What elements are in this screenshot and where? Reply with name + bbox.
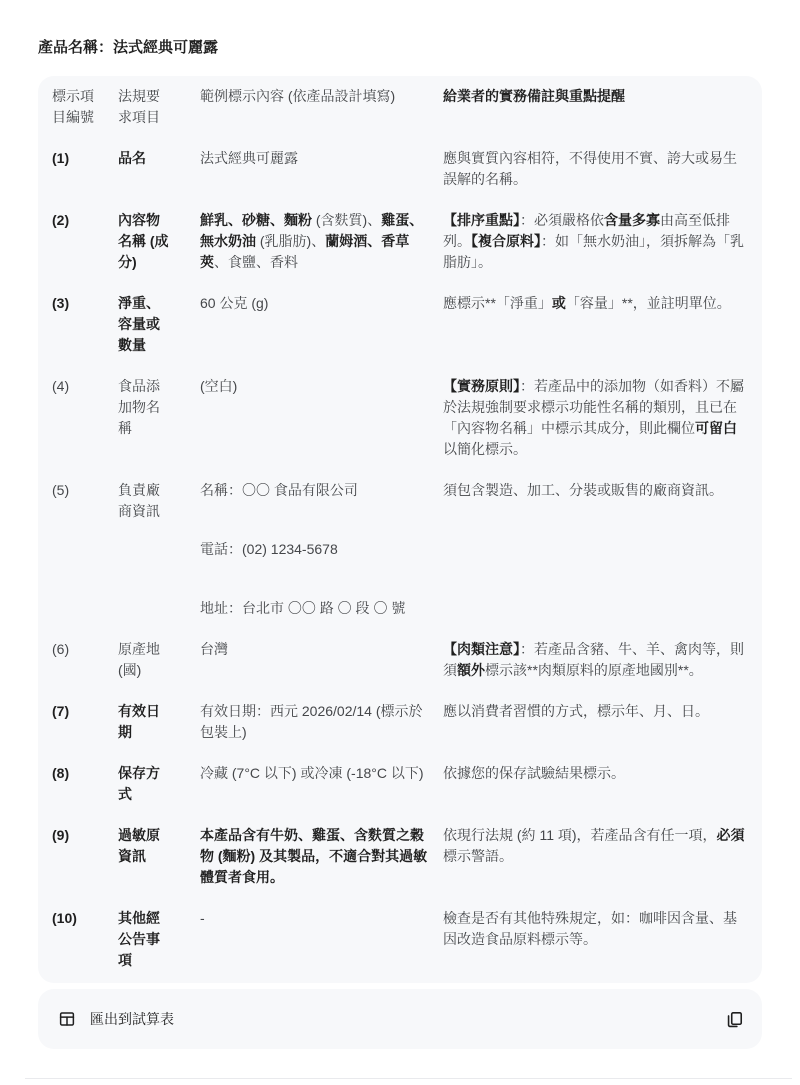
row-number: (5) (52, 480, 118, 619)
table-row: (1) 品名 法式經典可麗露 應與實質內容相符，不得使用不實、誇大或易生誤解的名… (52, 138, 746, 200)
row-label: 食品添加物名稱 (118, 376, 200, 460)
table-action-bar: 匯出到試算表 (38, 989, 762, 1049)
row-notes: 檢查是否有其他特殊規定，如：咖啡因含量、基因改造食品原料標示等。 (443, 908, 746, 971)
copy-button[interactable] (723, 1008, 746, 1031)
table-row: (8) 保存方式 冷藏 (7°C 以下) 或冷凍 (-18°C 以下) 依據您的… (52, 753, 746, 815)
table-row: (3) 淨重、容量或數量 60 公克 (g) 應標示**「淨重」或「容量」**，… (52, 283, 746, 366)
row-notes: 【實務原則】：若產品中的添加物（如香料）不屬於法規強制要求標示功能性名稱的類別，… (443, 376, 746, 460)
row-notes: 應與實質內容相符，不得使用不實、誇大或易生誤解的名稱。 (443, 148, 746, 190)
table-row: (2) 內容物名稱 (成分) 鮮乳、砂糖、麵粉 (含麩質)、雞蛋、無水奶油 (乳… (52, 200, 746, 283)
header-regulation-item: 法規要求項目 (118, 86, 200, 128)
row-label: 有效日期 (118, 701, 200, 743)
row-notes: 依據您的保存試驗結果標示。 (443, 763, 746, 805)
header-item-number: 標示項目編號 (52, 86, 118, 128)
row-example: 台灣 (200, 639, 443, 681)
row-label: 內容物名稱 (成分) (118, 210, 200, 273)
row-label: 保存方式 (118, 763, 200, 805)
row-example: 60 公克 (g) (200, 293, 443, 356)
row-label: 負責廠商資訊 (118, 480, 200, 619)
row-number: (9) (52, 825, 118, 888)
row-number: (10) (52, 908, 118, 971)
row-number: (3) (52, 293, 118, 356)
table-row: (5) 負責廠商資訊 名稱：〇〇 食品有限公司電話：(02) 1234-5678… (52, 470, 746, 629)
row-label: 品名 (118, 148, 200, 190)
export-to-sheets-label: 匯出到試算表 (90, 1009, 174, 1029)
row-number: (7) (52, 701, 118, 743)
table-header-row: 標示項目編號 法規要求項目 範例標示內容 (依產品設計填寫) 給業者的實務備註與… (52, 76, 746, 138)
row-label: 原產地 (國) (118, 639, 200, 681)
row-example: 有效日期：西元 2026/02/14 (標示於包裝上) (200, 701, 443, 743)
row-number: (8) (52, 763, 118, 805)
table-row: (4) 食品添加物名稱 (空白) 【實務原則】：若產品中的添加物（如香料）不屬於… (52, 366, 746, 470)
row-example: 法式經典可麗露 (200, 148, 443, 190)
table-row: (10) 其他經公告事項 - 檢查是否有其他特殊規定，如：咖啡因含量、基因改造食… (52, 898, 746, 981)
row-example: 冷藏 (7°C 以下) 或冷凍 (-18°C 以下) (200, 763, 443, 805)
labeling-table: 標示項目編號 法規要求項目 範例標示內容 (依產品設計填寫) 給業者的實務備註與… (38, 76, 762, 983)
row-label: 過敏原資訊 (118, 825, 200, 888)
row-example: 鮮乳、砂糖、麵粉 (含麩質)、雞蛋、無水奶油 (乳脂肪)、蘭姆酒、香草莢、食鹽、… (200, 210, 443, 273)
table-row: (7) 有效日期 有效日期：西元 2026/02/14 (標示於包裝上) 應以消… (52, 691, 746, 753)
row-number: (4) (52, 376, 118, 460)
content-area: 產品名稱：法式經典可麗露 標示項目編號 法規要求項目 範例標示內容 (依產品設計… (0, 0, 800, 1049)
row-number: (2) (52, 210, 118, 273)
header-example-content: 範例標示內容 (依產品設計填寫) (200, 86, 443, 128)
table-row: (6) 原產地 (國) 台灣 【肉類注意】：若產品含豬、牛、羊、禽肉等，則須額外… (52, 629, 746, 691)
row-notes: 應以消費者習慣的方式，標示年、月、日。 (443, 701, 746, 743)
row-notes: 依現行法規 (約 11 項)，若產品含有任一項，必須標示警語。 (443, 825, 746, 888)
row-example: (空白) (200, 376, 443, 460)
table-body: (1) 品名 法式經典可麗露 應與實質內容相符，不得使用不實、誇大或易生誤解的名… (52, 138, 746, 981)
copy-icon (725, 1010, 744, 1029)
row-example: 本產品含有牛奶、雞蛋、含麩質之穀物 (麵粉) 及其製品，不適合對其過敏體質者食用… (200, 825, 443, 888)
row-example: 名稱：〇〇 食品有限公司電話：(02) 1234-5678地址：台北市 〇〇 路… (200, 480, 443, 619)
row-number: (6) (52, 639, 118, 681)
table-row: (9) 過敏原資訊 本產品含有牛奶、雞蛋、含麩質之穀物 (麵粉) 及其製品，不適… (52, 815, 746, 898)
table-icon (58, 1010, 76, 1028)
row-notes: 【排序重點】：必須嚴格依含量多寡由高至低排列。【複合原料】：如「無水奶油」，須拆… (443, 210, 746, 273)
bottom-divider (25, 1078, 792, 1079)
page-title: 產品名稱：法式經典可麗露 (38, 38, 762, 57)
row-notes: 應標示**「淨重」或「容量」**，並註明單位。 (443, 293, 746, 356)
export-to-sheets-button[interactable]: 匯出到試算表 (58, 1009, 174, 1029)
row-number: (1) (52, 148, 118, 190)
row-notes: 須包含製造、加工、分裝或販售的廠商資訊。 (443, 480, 746, 619)
row-example: - (200, 908, 443, 971)
row-notes: 【肉類注意】：若產品含豬、牛、羊、禽肉等，則須額外標示該**肉類原料的原產地國別… (443, 639, 746, 681)
header-business-notes: 給業者的實務備註與重點提醒 (443, 86, 746, 128)
row-label: 其他經公告事項 (118, 908, 200, 971)
row-label: 淨重、容量或數量 (118, 293, 200, 356)
